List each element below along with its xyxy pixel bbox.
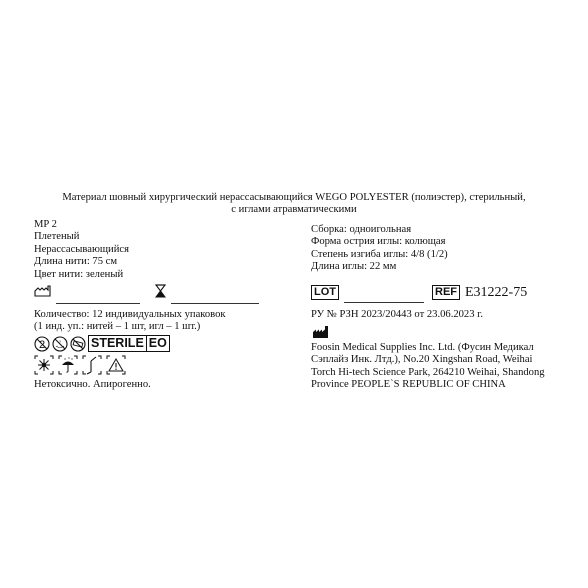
keep-away-from-sunlight-icon (34, 355, 54, 375)
thread-absorbability: Нерассасывающийся (34, 244, 129, 256)
needle-curve: Степень изгиба иглы: 4/8 (1/2) (311, 249, 448, 261)
title-line-2: с иглами атравматическими (0, 204, 588, 216)
product-title: Материал шовный хирургический нерассасыв… (0, 192, 588, 217)
manufacturer-icon (313, 326, 329, 338)
manufacture-date-line (56, 303, 140, 304)
non-toxic-note: Нетоксично. Апирогенно. (34, 379, 151, 391)
hourglass-icon (155, 284, 166, 298)
sterile-method: EO (146, 336, 169, 351)
factory-date-icon (34, 285, 52, 297)
needle-length: Длина иглы: 22 мм (311, 261, 448, 273)
svg-text:?: ? (59, 339, 62, 344)
manufacturer-line: Foosin Medical Supplies Inc. Ltd. (Фусин… (311, 342, 545, 354)
do-not-reuse-icon: 2 (34, 336, 50, 352)
thread-size: MP 2 (34, 219, 129, 231)
manufacturer-address: Foosin Medical Supplies Inc. Ltd. (Фусин… (311, 342, 545, 392)
quantity-block: Количество: 12 индивидуальных упаковок (… (34, 309, 226, 334)
thread-specs: MP 2 Плетеный Нерассасывающийся Длина ни… (34, 219, 129, 281)
sterile-label: STERILE (89, 336, 146, 351)
quantity-detail: (1 инд. уп.: нитей – 1 шт, игл – 1 шт.) (34, 321, 226, 333)
symbols-row-1: 2 ? STERILE EO (34, 335, 170, 352)
needle-tip: Форма острия иглы: колющая (311, 236, 448, 248)
expiry-date-line (171, 303, 259, 304)
temperature-limit-icon (82, 355, 102, 375)
sterile-eo-symbol: STERILE EO (88, 335, 170, 352)
svg-text:2: 2 (39, 339, 45, 351)
needle-specs: Сборка: одноигольная Форма острия иглы: … (311, 224, 448, 274)
keep-dry-icon (58, 355, 78, 375)
lot-line (344, 302, 424, 303)
manufacturer-line: Сэплайз Инк. Лтд.), No.20 Xingshan Road,… (311, 354, 545, 366)
ref-symbol: REF (432, 285, 460, 300)
symbols-row-2 (34, 355, 126, 375)
quantity: Количество: 12 индивидуальных упаковок (34, 309, 226, 321)
manufacturer-line: Province PEOPLE`S REPUBLIC OF CHINA (311, 379, 545, 391)
manufacturer-line: Torch Hi-tech Science Park, 264210 Weiha… (311, 367, 545, 379)
caution-icon (106, 355, 126, 375)
do-not-resterilize-icon: ? (52, 336, 68, 352)
lot-symbol: LOT (311, 285, 339, 300)
thread-color: Цвет нити: зеленый (34, 269, 129, 281)
registration: РУ № РЗН 2023/20443 от 23.06.2023 г. (311, 309, 483, 321)
thread-length: Длина нити: 75 см (34, 256, 129, 268)
title-line-1: Материал шовный хирургический нерассасыв… (0, 192, 588, 204)
thread-structure: Плетеный (34, 231, 129, 243)
ref-value: E31222-75 (465, 285, 527, 301)
do-not-use-if-damaged-icon (70, 336, 86, 352)
assembly: Сборка: одноигольная (311, 224, 448, 236)
